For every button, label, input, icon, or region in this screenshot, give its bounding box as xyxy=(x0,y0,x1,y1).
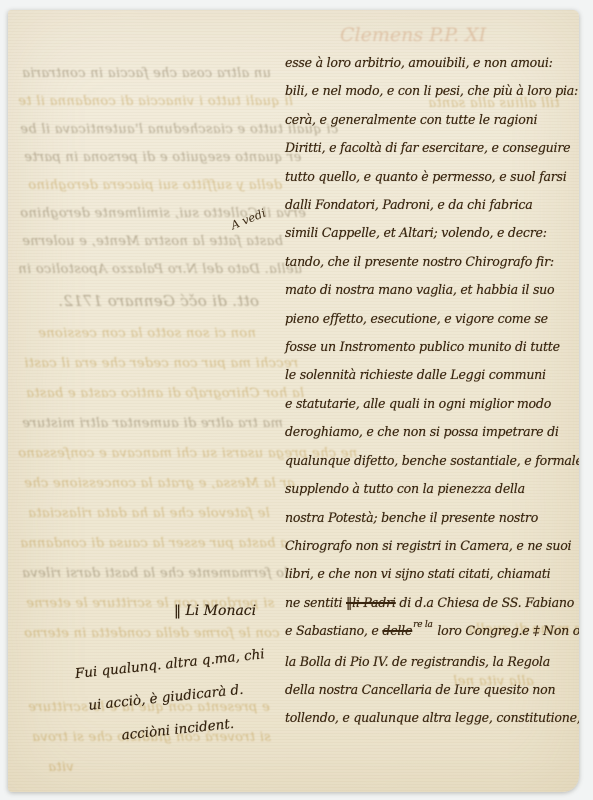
struck-text: delle xyxy=(382,623,412,638)
text-segment: e statutarie, alle quali in ogni miglior… xyxy=(285,396,551,411)
main-text: esse à loro arbitrio, amouibili, e non a… xyxy=(285,49,579,733)
bleedthrough-line: a basta pur esser la causa di condanna xyxy=(20,536,288,551)
manuscript-line: cerà, e generalmente con tutte le ragion… xyxy=(285,106,579,134)
text-segment: deroghiamo, e che non si possa impetrare… xyxy=(285,424,559,439)
bottom-note: Fui qualunq. altra q.ma, chiui acciò, è … xyxy=(73,638,273,756)
text-segment: di d.a Chiesa de SS. Fabiano xyxy=(396,595,574,610)
manuscript-line: pieno effetto, esecutione, e vigore come… xyxy=(285,305,579,333)
manuscript-line: e Sabastiano, e dellere la loro Congreg.… xyxy=(285,617,579,647)
bleedthrough-line: con le forme della condetta in eterno xyxy=(24,626,279,641)
bleedthrough-line: vita xyxy=(48,760,74,775)
text-segment: Diritti, e facoltà di far esercitare, e … xyxy=(285,140,570,155)
manuscript-line: nostra Potestà; benche il presente nostr… xyxy=(285,504,579,532)
bleedthrough-line: la hor Chirografo di antico casta e bast… xyxy=(26,386,304,401)
text-segment: cerà, e generalmente con tutte le ragion… xyxy=(285,112,537,127)
bleedthrough-line: lo fermamente che la basti darsi rileva xyxy=(22,566,288,581)
text-segment: nostra Potestà; benche il presente nostr… xyxy=(285,510,538,525)
monaci-note: ‖ Li Monaci xyxy=(174,603,256,619)
text-segment: la Bolla di Pio IV. de registrandis, la … xyxy=(285,654,550,669)
struck-text: ‖li Padri xyxy=(346,595,396,610)
text-segment: le solennità richieste dalle Leggi commu… xyxy=(285,367,546,382)
manuscript-line: qualunque difetto, benche sostantiale, e… xyxy=(285,447,579,475)
text-segment: Chirografo non si registri in Camera, e … xyxy=(285,538,571,553)
manuscript-line: supplendo à tutto con la pienezza della xyxy=(285,475,579,503)
bleedthrough-line: uella. Dato del N.ro Palazzo Apostolico … xyxy=(18,262,302,277)
text-segment: mato di nostra mano vaglia, et habbia il… xyxy=(285,282,554,297)
text-segment: simili Cappelle, et Altari; volendo, e d… xyxy=(285,225,547,240)
manuscript-line: tutto quello, e quanto è permesso, e suo… xyxy=(285,163,579,191)
bleedthrough-line: non ci son sotto la con cessione xyxy=(38,326,256,341)
bleedthrough-line: della y suffitto sui piacera deroghino xyxy=(28,178,282,193)
manuscript-line: deroghiamo, e che non si possa impetrare… xyxy=(285,418,579,446)
manuscript-line: le solennità richieste dalle Leggi commu… xyxy=(285,361,579,389)
text-segment: dalli Fondatori, Padroni, e da chi fabri… xyxy=(285,197,532,212)
text-segment: della nostra Cancellaria de Iure quesito… xyxy=(285,682,555,697)
text-segment: tollendo, e qualunque altra legge, const… xyxy=(285,710,579,725)
bleedthrough-line: er quanto eseguito e di persona in parte xyxy=(24,150,301,165)
text-segment: tando, che il presente nostro Chirografo… xyxy=(285,254,554,269)
text-segment: ne sentiti xyxy=(285,595,346,610)
text-segment: e Sabastiano, e xyxy=(285,623,382,638)
bleedthrough-line: li quali tutto i vinaccia di condanna il… xyxy=(18,94,293,109)
bleedthrough-line: le fatevole che la ha data rilasciata xyxy=(28,506,270,521)
manuscript-line: fosse un Instromento publico munito di t… xyxy=(285,333,579,361)
bleedthrough-line: un altra cosa che faccia in contraria xyxy=(22,66,271,81)
text-segment: supplendo à tutto con la pienezza della xyxy=(285,481,525,496)
manuscript-line: dalli Fondatori, Padroni, e da chi fabri… xyxy=(285,191,579,219)
text-segment: fosse un Instromento publico munito di t… xyxy=(285,339,560,354)
text-segment: pieno effetto, esecutione, e vigore come… xyxy=(285,311,548,326)
manuscript-line: bili, e nel modo, e con li pesi, che più… xyxy=(285,77,579,105)
manuscript-line: e statutarie, alle quali in ogni miglior… xyxy=(285,390,579,418)
manuscript-line: esse à loro arbitrio, amouibili, e non a… xyxy=(285,49,579,77)
text-segment: qualunque difetto, benche sostantiale, e… xyxy=(285,453,579,468)
bleedthrough-line: basta fatte la nostra Mente, e uolerne xyxy=(22,234,283,249)
bleedthrough-line: ma tra altre di aumentar altri misture xyxy=(22,416,283,431)
manuscript-line: mato di nostra mano vaglia, et habbia il… xyxy=(285,276,579,304)
scan-background: { "document": { "ghost_header": "Clemens… xyxy=(0,0,593,800)
manuscript-line: Diritti, e facoltà di far esercitare, e … xyxy=(285,134,579,162)
bleedthrough-line: recchi ma pur con ceder che era il casti xyxy=(24,356,298,371)
text-segment: libri, e che non vi sijno stati citati, … xyxy=(285,566,550,581)
manuscript-line: libri, e che non vi sijno stati citati, … xyxy=(285,560,579,588)
manuscript-line: tando, che il presente nostro Chirografo… xyxy=(285,248,579,276)
manuscript-line: la Bolla di Pio IV. de registrandis, la … xyxy=(285,648,579,676)
manuscript-line: Chirografo non si registri in Camera, e … xyxy=(285,532,579,560)
manuscript-line: tollendo, e qualunque altra legge, const… xyxy=(285,704,579,732)
text-segment: esse à loro arbitrio, amouibili, e non a… xyxy=(285,55,553,70)
ghost-header-text: Clemens P.P. XI xyxy=(340,24,486,46)
bleedthrough-line: ar la Messa, e grata la concessione che xyxy=(24,476,295,491)
manuscript-page: un altra cosa che faccia in contrariali … xyxy=(8,10,579,792)
manuscript-line: simili Cappelle, et Altari; volendo, e d… xyxy=(285,219,579,247)
text-segment: bili, e nel modo, e con li pesi, che più… xyxy=(285,83,578,98)
text-segment: loro Congreg.e ‡ Non ostanti xyxy=(434,623,579,638)
inserted-text: re la xyxy=(413,611,432,639)
text-segment: tutto quello, e quanto è permesso, e suo… xyxy=(285,169,567,184)
bleedthrough-line: ott. di očć Gennaro 1712. xyxy=(58,292,259,310)
manuscript-line: della nostra Cancellaria de Iure quesito… xyxy=(285,676,579,704)
